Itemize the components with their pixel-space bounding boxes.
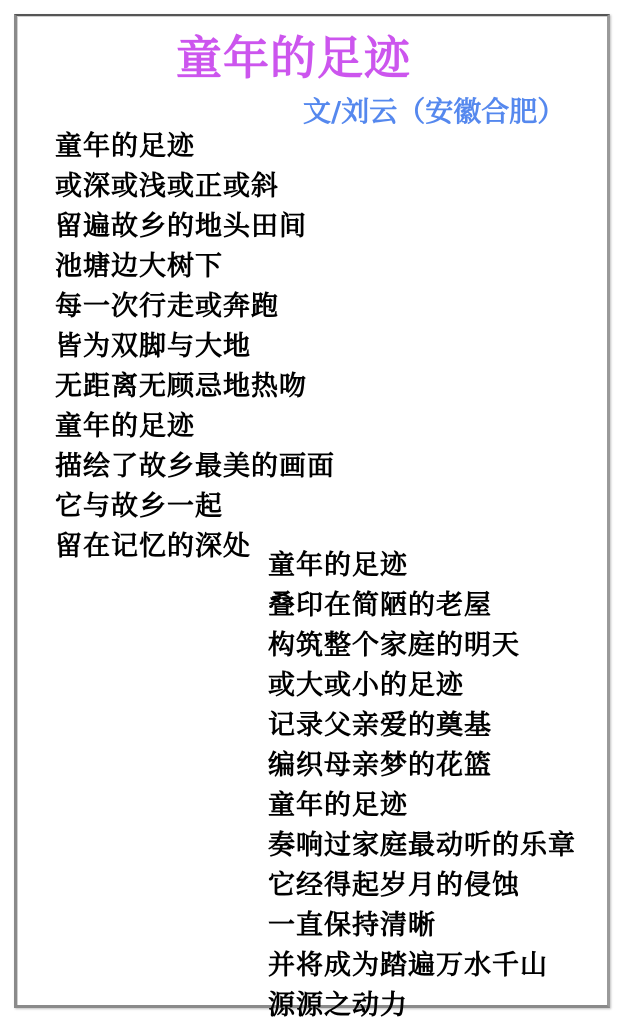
poem-line: 它与故乡一起 [55, 487, 335, 527]
poem-line: 一直保持清晰 [268, 906, 576, 946]
poem-line: 奏响过家庭最动听的乐章 [268, 826, 576, 866]
poem-line: 或大或小的足迹 [268, 666, 576, 706]
stanza-left: 童年的足迹 或深或浅或正或斜 留遍故乡的地头田间 池塘边大树下 每一次行走或奔跑… [55, 127, 335, 567]
poem-line: 皆为双脚与大地 [55, 327, 335, 367]
poem-line: 描绘了故乡最美的画面 [55, 447, 335, 487]
poem-line: 无距离无顾忌地热吻 [55, 367, 335, 407]
poem-line: 编织母亲梦的花篮 [268, 746, 576, 786]
poem-line: 源源之动力 [268, 986, 576, 1026]
poem-line: 池塘边大树下 [55, 247, 335, 287]
poem-line: 并将成为踏遍万水千山 [268, 946, 576, 986]
poem-line: 每一次行走或奔跑 [55, 287, 335, 327]
poem-title: 童年的足迹 [176, 28, 411, 88]
author-line: 文/刘云（安徽合肥） [303, 92, 565, 132]
poem-line: 童年的足迹 [55, 407, 335, 447]
poem-line: 它经得起岁月的侵蚀 [268, 866, 576, 906]
stanza-right: 童年的足迹 叠印在简陋的老屋 构筑整个家庭的明天 或大或小的足迹 记录父亲爱的奠… [268, 546, 576, 1026]
poem-line: 留遍故乡的地头田间 [55, 207, 335, 247]
poem-line: 童年的足迹 [268, 786, 576, 826]
poem-line: 构筑整个家庭的明天 [268, 626, 576, 666]
poem-line: 或深或浅或正或斜 [55, 167, 335, 207]
poem-line: 叠印在简陋的老屋 [268, 586, 576, 626]
poem-line: 童年的足迹 [268, 546, 576, 586]
poem-line: 童年的足迹 [55, 127, 335, 167]
poem-line: 记录父亲爱的奠基 [268, 706, 576, 746]
